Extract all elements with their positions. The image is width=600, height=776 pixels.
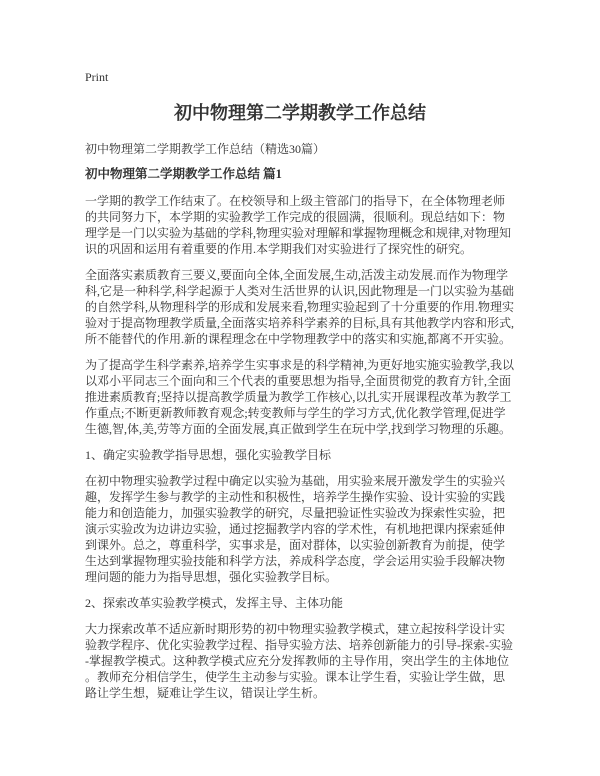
- page-title: 初中物理第二学期教学工作总结: [85, 101, 515, 125]
- list-heading-2: 2、探索改革实验教学模式，发挥主导、主体功能: [85, 595, 515, 611]
- paragraph-guiding-ideology: 为了提高学生科学素养,培养学生实事求是的科学精神,为更好地实施实验教学,我以以邓…: [85, 357, 515, 437]
- paragraph-quality-education: 全面落实素质教育三要义,要面向全体,全面发展,生动,活泼主动发展.而作为物理学科…: [85, 267, 515, 347]
- document-page: Print 初中物理第二学期教学工作总结 初中物理第二学期教学工作总结（精选30…: [0, 0, 600, 776]
- print-link[interactable]: Print: [85, 70, 108, 84]
- doc-subtitle: 初中物理第二学期教学工作总结（精选30篇）: [85, 141, 515, 157]
- section-heading-part1: 初中物理第二学期教学工作总结 篇1: [85, 166, 515, 183]
- paragraph-teaching-model-reform: 大力探索改革不适应新时期形势的初中物理实验教学模式，建立起按科学设计实验教学程序…: [85, 621, 515, 701]
- paragraph-intro: 一学期的教学工作结束了。在校领导和上级主管部门的指导下，在全体物理老师的共同努力…: [85, 193, 515, 257]
- paragraph-experiment-teaching-goals: 在初中物理实验教学过程中确定以实验为基础，用实验来展开激发学生的实验兴趣，发挥学…: [85, 473, 515, 585]
- list-heading-1: 1、确定实验教学指导思想，强化实验教学目标: [85, 447, 515, 463]
